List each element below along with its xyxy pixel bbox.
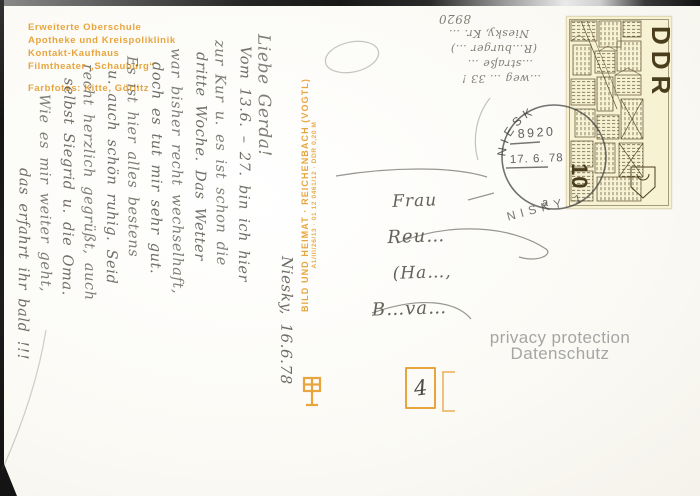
message-line: Wie es mir weiter geht, [32,20,58,496]
message-line: Vom 13.6. – 27. bin ich hier [230,20,256,496]
publisher-logo-icon [301,376,324,410]
postmark-date: 17. 6. 78 [510,152,564,166]
scan-edge-top [0,0,700,6]
postmark-town-text: NIESK [494,104,537,158]
message-line: dritte Woche. Das Wetter [186,20,212,496]
stamp-value-label: 10 [567,163,592,189]
postmark-letter: a [542,197,549,209]
message-line: das erfahrt ihr bald !!! [10,20,36,496]
privacy-overlay-line2: Datenschutz [452,346,668,362]
message-line: Es ist hier alles bestens [120,20,146,496]
publisher-imprint: BILD UND HEIMAT · REICHENBACH (VOGTL) A1… [300,50,324,340]
address-line: (Ha…, [362,251,533,293]
handwritten-message: Niesky, 16.6.78 Liebe Gerda! Vom 13.6. –… [6,20,298,496]
sender-line: Niesky, Kr. … [338,26,543,41]
sender-line: …weg … 33 ! [338,71,543,86]
message-line: doch es tut mir sehr gut. [142,20,168,496]
postage-stamp: DDR 10 [566,16,672,209]
sender-address: …weg … 33 ! …straße … (R…burger …) Niesk… [338,8,543,86]
message-line: recht herzlich gegrüßt, auch [76,20,102,496]
postal-code-box: 4 [405,367,436,409]
sender-line: …straße … [338,56,543,71]
postmark-postal-code: 8920 [517,124,556,141]
address-line: B…va… [363,287,534,329]
stamp-country-label: DDR [646,26,671,100]
handwritten-code: 4 [412,375,428,400]
address-line: Frau [360,179,531,221]
privacy-overlay: privacy protection Datenschutz [452,330,668,362]
address-line: Reu… [361,215,532,257]
recipient-address: Frau Reu… (Ha…, B…va… [360,179,535,329]
order-number-line: A1/III/26/13 · 01 12 0461/12 · DDR 0,20 … [311,50,319,340]
sender-line: (R…burger …) [338,41,543,56]
message-line: Niesky, 16.6.78 [274,20,300,496]
message-line: war bisher recht wechselhaft, [164,20,190,496]
message-line: Liebe Gerda! [252,20,278,496]
message-line: zur Kur u. es ist schon die [208,20,234,496]
publisher-line: BILD UND HEIMAT · REICHENBACH (VOGTL) [300,50,311,340]
scan-edge-left [0,0,4,496]
stamp-graphic: DDR 10 [567,17,671,208]
sender-line: 8920 [338,11,543,26]
message-line: selbst Siegrid u. die Oma. [54,20,80,496]
message-line: u. auch schön ruhig. Seid [98,20,124,496]
svg-text:NIESK: NIESK [494,104,537,158]
postal-code-box-partial [442,371,455,412]
